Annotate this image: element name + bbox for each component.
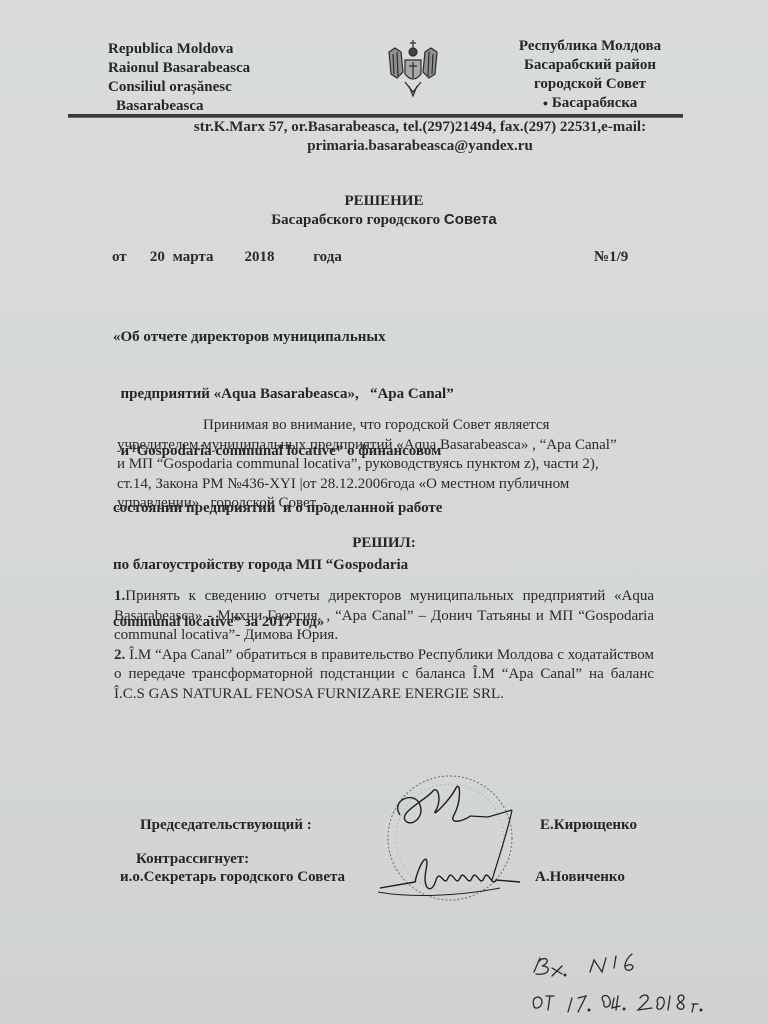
handwritten-registration-note: Вх. N 16 от 17. 04. 2018г. <box>528 950 728 1020</box>
contact-info: str.K.Marx 57, or.Basarabeasca, tel.(297… <box>150 118 690 156</box>
subject-line: по благоустройству города МП “Gospodaria <box>113 556 454 575</box>
header-left-romanian: Republica Moldova Raionul Basarabeasca C… <box>108 40 250 116</box>
header-left-line: Consiliul orașănesc <box>108 78 250 97</box>
document-type-title: РЕШЕНИЕ <box>0 193 768 210</box>
preamble-line: учредителем муниципальных предприятий «A… <box>117 436 617 456</box>
header-left-line: Raionul Basarabeasca <box>108 59 250 78</box>
moldova-coat-of-arms-icon <box>385 38 441 100</box>
secretary-name: А.Новиченко <box>535 869 625 886</box>
chair-name: Е.Кирющенко <box>540 817 637 834</box>
decision-item: 2. Î.M “Apa Canal” обратиться в правител… <box>114 646 654 705</box>
subject-line: предприятий «Aqua Basarabeasca», “Apa Ca… <box>113 385 454 404</box>
preamble-paragraph: Принимая во внимание, что городской Сове… <box>117 416 617 514</box>
contact-address-line: str.K.Marx 57, or.Basarabeasca, tel.(297… <box>150 118 690 137</box>
decision-text: Принять к сведению отчеты директоров мун… <box>114 588 654 643</box>
official-round-stamp-icon <box>370 770 530 910</box>
bullet-mark-icon: ● <box>543 98 548 108</box>
preamble-line: ст.14, Закона РМ №436-XYI |от 28.12.2006… <box>117 475 617 495</box>
header-right-russian: Республика Молдова Басарабский район гор… <box>505 37 675 113</box>
header-right-line: ● Басарабяска <box>505 94 675 113</box>
document-issuer: Басарабского городского Совета <box>0 211 768 229</box>
document-date: от 20 марта 2018 года <box>112 249 342 266</box>
decision-text: Î.M “Apa Canal” обратиться в правительст… <box>114 647 654 702</box>
contact-email: primaria.basarabeasca@yandex.ru <box>150 137 690 156</box>
chair-label: Председательствующий : <box>140 817 312 834</box>
resolved-heading: РЕШИЛ: <box>0 535 768 552</box>
decision-list: 1.Принять к сведению отчеты директоров м… <box>114 587 654 704</box>
decision-number: 2. <box>114 647 125 663</box>
header-right-line: Республика Молдова <box>505 37 675 56</box>
header-left-line: Republica Moldova <box>108 40 250 59</box>
header-right-line: Басарабский район <box>505 56 675 75</box>
preamble-line: и МП “Gospodaria communal locativa”, рук… <box>117 455 617 475</box>
decision-number: 1. <box>114 588 125 604</box>
preamble-line: Принимая во внимание, что городской Сове… <box>117 416 617 436</box>
header-right-line: городской Совет <box>505 75 675 94</box>
document-page: Republica Moldova Raionul Basarabeasca C… <box>0 0 768 1024</box>
countersign-label: Контрассигнует: <box>136 851 249 868</box>
document-number: №1/9 <box>594 249 628 266</box>
secretary-label: и.о.Секретарь городского Совета <box>120 869 345 886</box>
preamble-line: управлении» , городской Совет, - <box>117 494 617 514</box>
subject-line: «Об отчете директоров муниципальных <box>113 328 454 347</box>
decision-item: 1.Принять к сведению отчеты директоров м… <box>114 587 654 646</box>
